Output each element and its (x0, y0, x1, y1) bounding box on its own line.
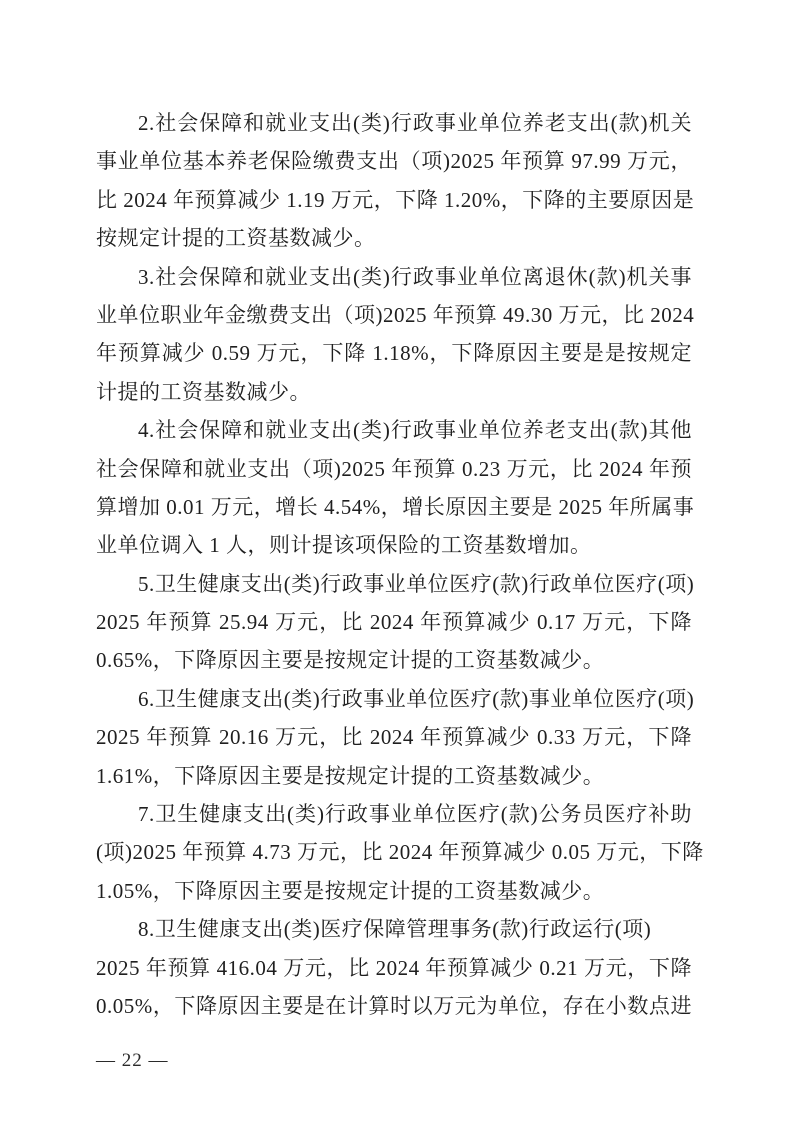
para-2-line-2: 事业单位基本养老保险缴费支出（项)2025 年预算 97.99 万元， (96, 142, 692, 180)
para-3-line-3: 年预算减少 0.59 万元，下降 1.18%，下降原因主要是是按规定 (96, 334, 692, 372)
paragraph-8: 8.卫生健康支出(类)医疗保障管理事务(款)行政运行(项) 2025 年预算 4… (96, 910, 692, 1025)
para-6-line-3: 1.61%，下降原因主要是按规定计提的工资基数减少。 (96, 757, 692, 795)
para-8-line-1: 8.卫生健康支出(类)医疗保障管理事务(款)行政运行(项) (96, 910, 692, 948)
para-4-line-4: 业单位调入 1 人，则计提该项保险的工资基数增加。 (96, 526, 692, 564)
paragraph-2: 2.社会保障和就业支出(类)行政事业单位养老支出(款)机关 事业单位基本养老保险… (96, 104, 692, 258)
paragraph-6: 6.卫生健康支出(类)行政事业单位医疗(款)事业单位医疗(项) 2025 年预算… (96, 680, 692, 795)
document-body: 2.社会保障和就业支出(类)行政事业单位养老支出(款)机关 事业单位基本养老保险… (96, 104, 692, 1025)
para-5-line-1: 5.卫生健康支出(类)行政事业单位医疗(款)行政单位医疗(项) (96, 565, 692, 603)
para-3-line-2: 业单位职业年金缴费支出（项)2025 年预算 49.30 万元，比 2024 (96, 296, 692, 334)
para-3-line-1: 3.社会保障和就业支出(类)行政事业单位离退休(款)机关事 (96, 258, 692, 296)
para-3-line-4: 计提的工资基数减少。 (96, 373, 692, 411)
paragraph-7: 7.卫生健康支出(类)行政事业单位医疗(款)公务员医疗补助 (项)2025 年预… (96, 795, 692, 910)
document-page: 2.社会保障和就业支出(类)行政事业单位养老支出(款)机关 事业单位基本养老保险… (0, 0, 793, 1122)
para-7-line-2: (项)2025 年预算 4.73 万元，比 2024 年预算减少 0.05 万元… (96, 833, 692, 871)
para-5-line-2: 2025 年预算 25.94 万元，比 2024 年预算减少 0.17 万元，下… (96, 603, 692, 641)
page-number: — 22 — (96, 1046, 169, 1076)
para-2-line-4: 按规定计提的工资基数减少。 (96, 219, 692, 257)
para-5-line-3: 0.65%，下降原因主要是按规定计提的工资基数减少。 (96, 641, 692, 679)
para-6-line-1: 6.卫生健康支出(类)行政事业单位医疗(款)事业单位医疗(项) (96, 680, 692, 718)
para-8-line-2: 2025 年预算 416.04 万元，比 2024 年预算减少 0.21 万元，… (96, 949, 692, 987)
paragraph-3: 3.社会保障和就业支出(类)行政事业单位离退休(款)机关事 业单位职业年金缴费支… (96, 258, 692, 412)
para-7-line-1: 7.卫生健康支出(类)行政事业单位医疗(款)公务员医疗补助 (96, 795, 692, 833)
para-7-line-3: 1.05%，下降原因主要是按规定计提的工资基数减少。 (96, 872, 692, 910)
paragraph-5: 5.卫生健康支出(类)行政事业单位医疗(款)行政单位医疗(项) 2025 年预算… (96, 565, 692, 680)
paragraph-4: 4.社会保障和就业支出(类)行政事业单位养老支出(款)其他 社会保障和就业支出（… (96, 411, 692, 565)
para-2-line-1: 2.社会保障和就业支出(类)行政事业单位养老支出(款)机关 (96, 104, 692, 142)
para-8-line-3: 0.05%，下降原因主要是在计算时以万元为单位，存在小数点进 (96, 987, 692, 1025)
para-4-line-2: 社会保障和就业支出（项)2025 年预算 0.23 万元，比 2024 年预 (96, 450, 692, 488)
para-4-line-1: 4.社会保障和就业支出(类)行政事业单位养老支出(款)其他 (96, 411, 692, 449)
para-4-line-3: 算增加 0.01 万元，增长 4.54%，增长原因主要是 2025 年所属事 (96, 488, 692, 526)
para-6-line-2: 2025 年预算 20.16 万元，比 2024 年预算减少 0.33 万元，下… (96, 718, 692, 756)
para-2-line-3: 比 2024 年预算减少 1.19 万元，下降 1.20%，下降的主要原因是 (96, 181, 692, 219)
